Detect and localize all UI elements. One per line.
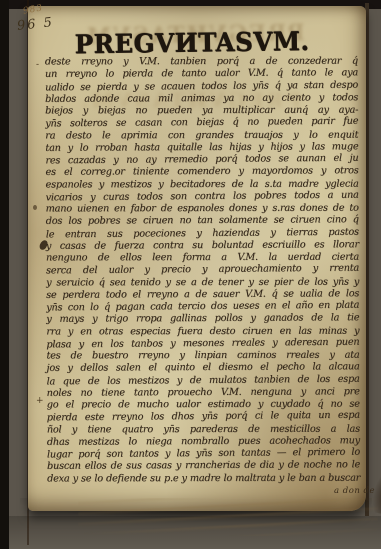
bleedthrough-text: [78, 498, 378, 536]
manuscript-line: deste rreyno y V.M. tanbien porq́ a de c…: [45, 56, 358, 69]
manuscript-line: tes de buestro rreyno y linpian caminos …: [46, 350, 359, 363]
manuscript-photo: PREGVИTASVM. PREGVИTASVM. PREGVИTASVM. 9…: [0, 0, 381, 549]
manuscript-line: yn̄s solteros se casan con biejas q́ no …: [45, 116, 358, 131]
manuscript-lines: deste rreyno y V.M. tanbien porq́ a de c…: [45, 55, 360, 485]
manuscript-line: ualido se pierda y se acauen todos los y…: [45, 79, 358, 94]
manuscript-line: ñol y tiene quatro yn̄s parederas de mes…: [47, 423, 360, 436]
manuscript-line: le entran sus poceciones y haziendas y t…: [46, 226, 359, 241]
manuscript-line: mano uienen en fabor de espanoles dones …: [46, 203, 359, 216]
manuscript-line: serca del ualor y precio y aprouechamien…: [46, 263, 359, 278]
manuscript-line: la que de los mestizos y de mulatos tanb…: [47, 373, 360, 388]
manuscript-line: buscan ellos de sus casas y rrancherias …: [47, 459, 360, 473]
manuscript-line: ra desto le aprimia con grandes trauajos…: [45, 129, 358, 142]
facing-page-edge: [369, 3, 381, 516]
manuscript-line: es el correg.or tiniente comendero y may…: [45, 165, 358, 179]
margin-dash-mark: -: [36, 60, 39, 70]
margin-cross-mark: +: [36, 396, 44, 406]
manuscript-line: y seruicio q́ sea tenido y se a de tener…: [46, 276, 359, 289]
manuscript-line: dexa y se lo defiende su p.e y madre lo …: [47, 472, 360, 485]
manuscript-line: y mays y trigo rropa gallinas pollos y g…: [46, 312, 359, 326]
manuscript-line: pierda este rreyno los dhos yn̄s porq́ c…: [47, 410, 360, 425]
ink-blot-small: [33, 205, 37, 210]
catchword: a don de: [334, 486, 375, 496]
